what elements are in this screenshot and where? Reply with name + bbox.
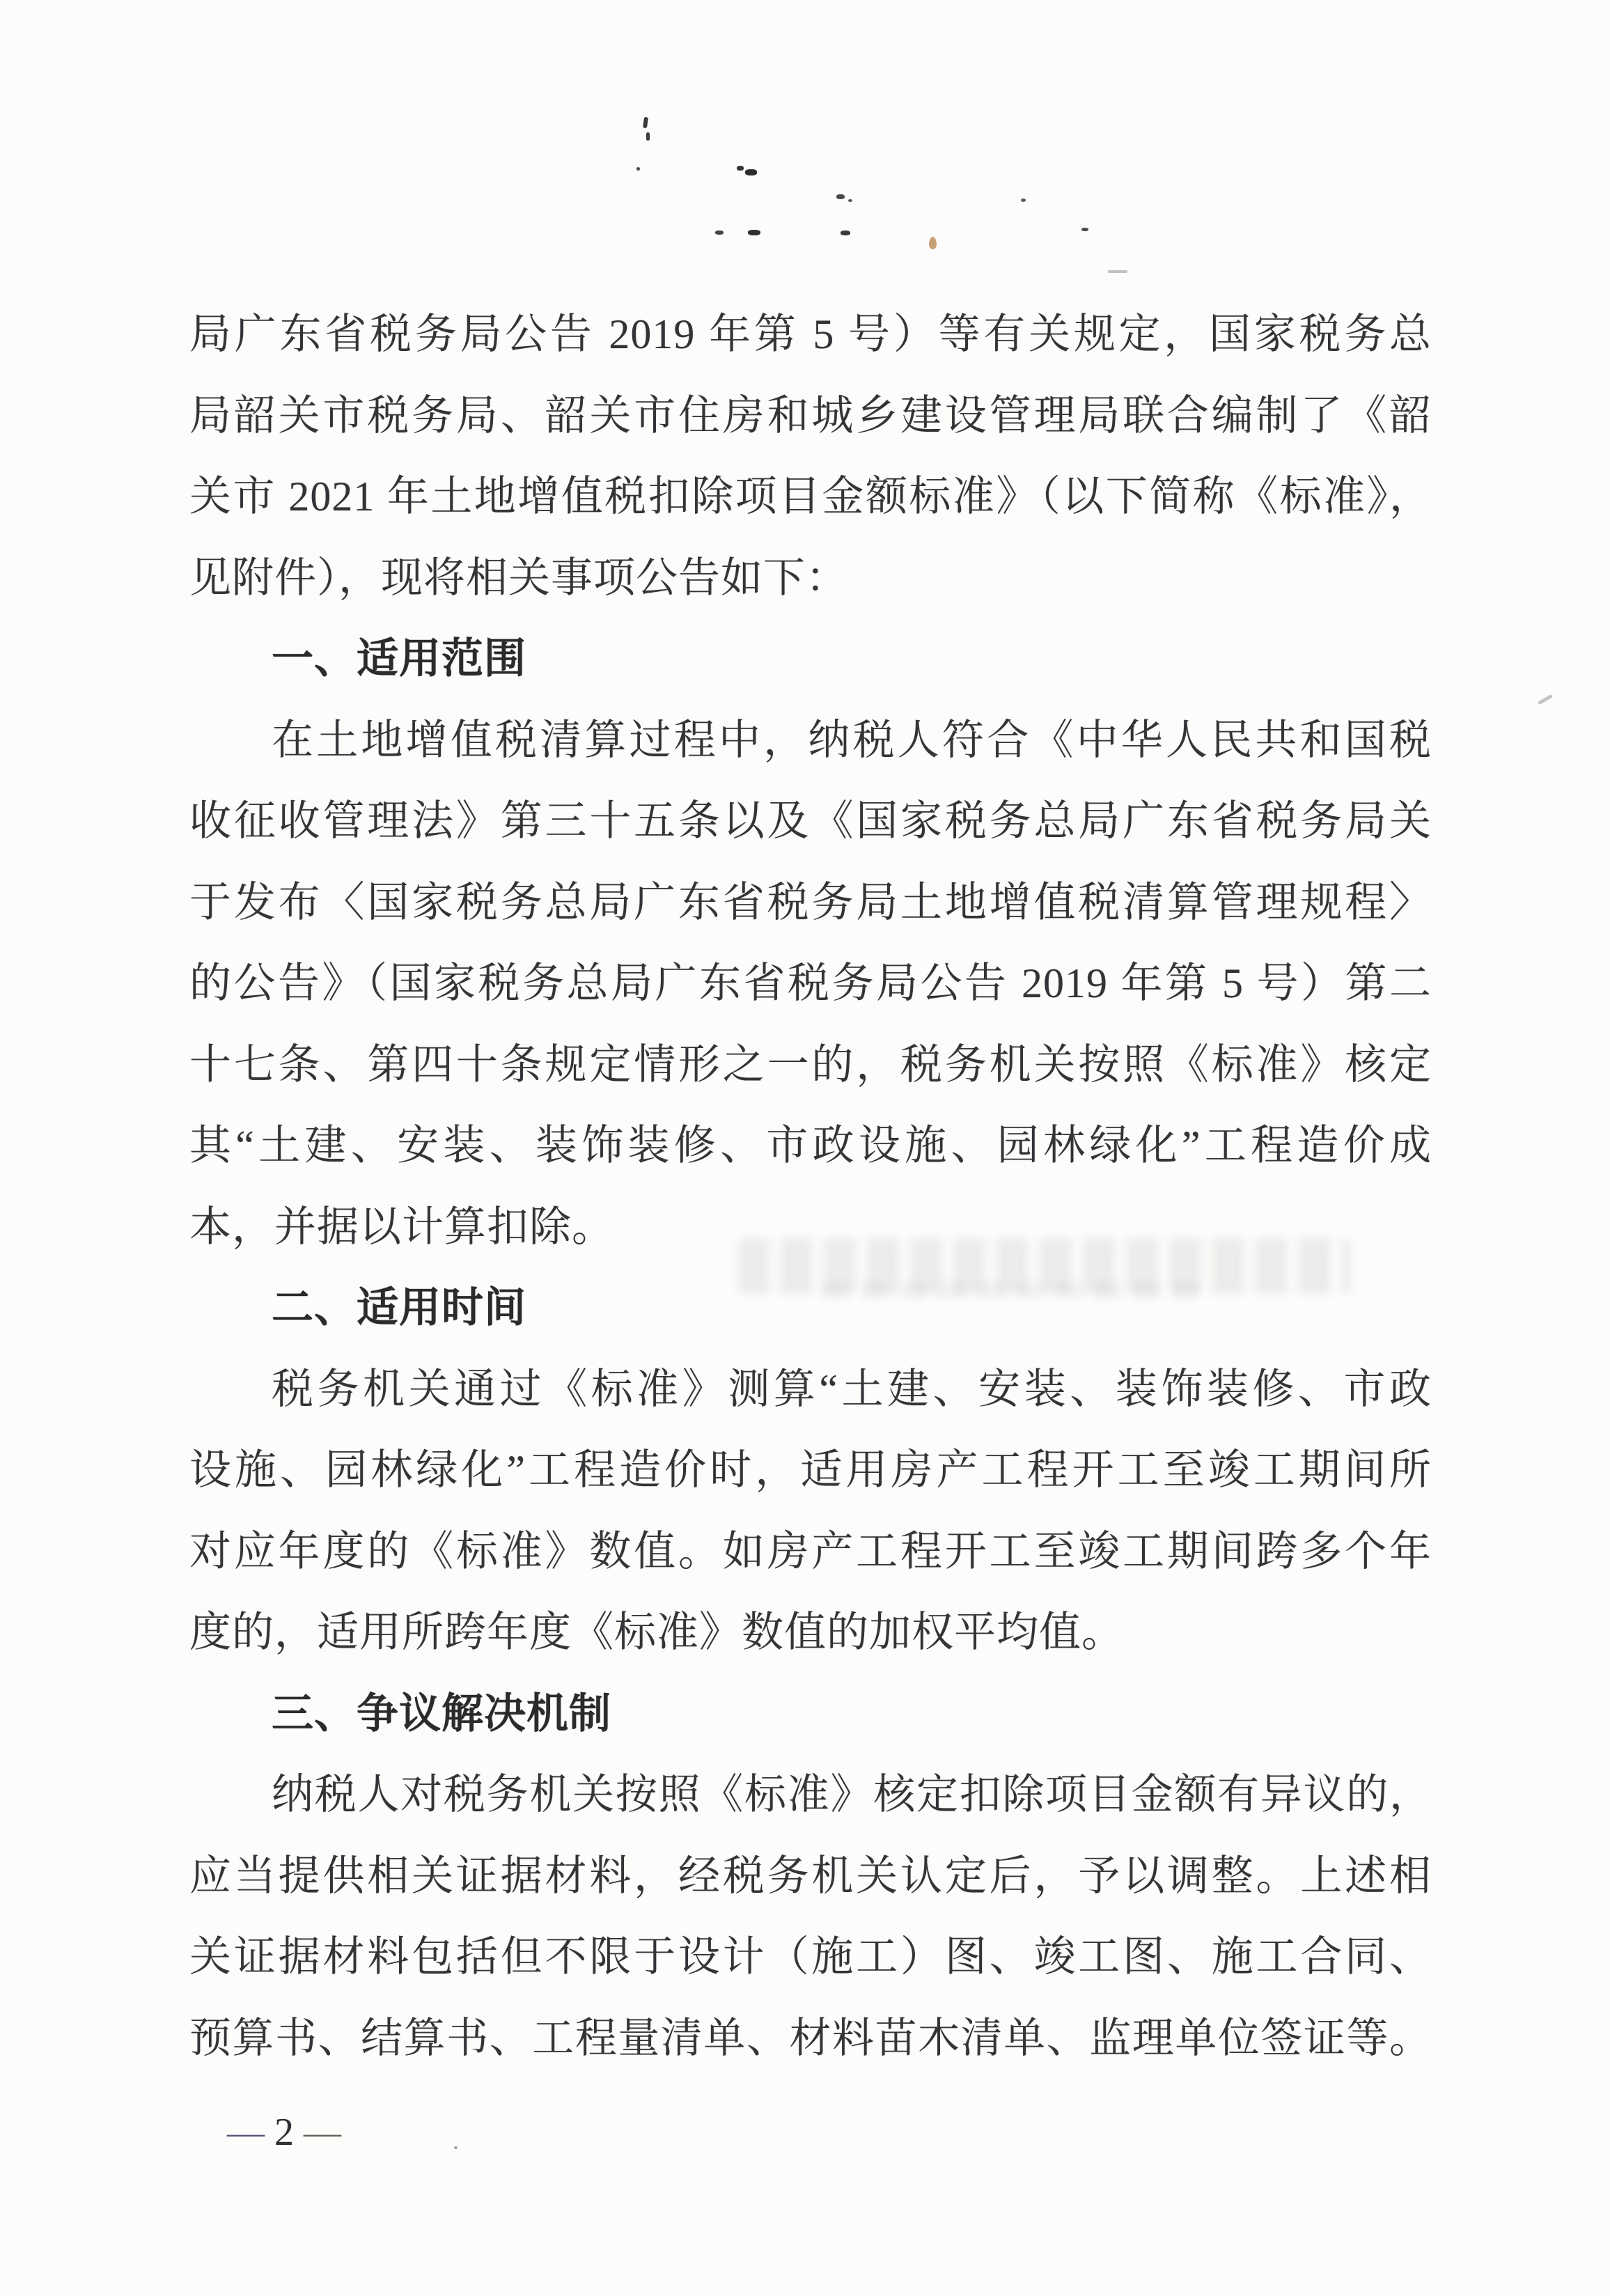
ink-stain bbox=[929, 237, 937, 249]
text-line: 设施、园林绿化”工程造价时，适用房产工程开工至竣工期间所 bbox=[189, 1430, 1432, 1511]
scan-speck bbox=[737, 166, 744, 171]
document-text: 局广东省税务局公告 2019 年第 5 号）等有关规定，国家税务总 局韶关市税务… bbox=[189, 294, 1432, 2079]
text-line: 局广东省税务局公告 2019 年第 5 号）等有关规定，国家税务总 bbox=[189, 294, 1432, 375]
page-number: 2 bbox=[274, 2104, 294, 2160]
text-line: 见附件），现将相关事项公告如下： bbox=[189, 538, 1432, 619]
text-line: 在土地增值税清算过程中，纳税人符合《中华人民共和国税 bbox=[189, 700, 1432, 781]
section-heading: 三、争议解决机制 bbox=[189, 1673, 1432, 1755]
scan-speck bbox=[1538, 694, 1553, 705]
text-line: 于发布〈国家税务总局广东省税务局土地增值税清算管理规程〉 bbox=[189, 862, 1432, 944]
text-line: 税务机关通过《标准》测算“土建、安装、装饰装修、市政 bbox=[189, 1349, 1432, 1430]
text-line: 的公告》（国家税务总局广东省税务局公告 2019 年第 5 号）第二 bbox=[189, 943, 1432, 1024]
text-line: 其“土建、安装、装饰装修、市政设施、园林绿化”工程造价成 bbox=[189, 1105, 1432, 1187]
scan-speck bbox=[1081, 228, 1088, 231]
scan-speck bbox=[848, 199, 852, 202]
scan-speck bbox=[1021, 198, 1026, 202]
text-line: 十七条、第四十条规定情形之一的，税务机关按照《标准》核定 bbox=[189, 1024, 1432, 1106]
scan-speck bbox=[643, 117, 648, 129]
text-line: 局韶关市税务局、韶关市住房和城乡建设管理局联合编制了《韶 bbox=[189, 375, 1432, 457]
scan-speck bbox=[636, 167, 640, 171]
footer-dash-left: — bbox=[227, 2107, 265, 2157]
scan-speck bbox=[748, 230, 760, 235]
text-line: 度的，适用所跨年度《标准》数值的加权平均值。 bbox=[189, 1592, 1432, 1673]
scan-speck bbox=[836, 194, 845, 199]
scan-speck bbox=[1108, 270, 1127, 273]
text-line: 本，并据以计算扣除。 bbox=[189, 1187, 1432, 1268]
footer-dash-right: — bbox=[304, 2107, 341, 2157]
text-line: 预算书、结算书、工程量清单、材料苗木清单、监理单位签证等。 bbox=[189, 1998, 1432, 2079]
text-line: 收征收管理法》第三十五条以及《国家税务总局广东省税务局关 bbox=[189, 781, 1432, 862]
page-footer: — 2 — bbox=[227, 2104, 341, 2160]
text-line: 关市 2021 年土地增值税扣除项目金额标准》（以下简称《标准》， bbox=[189, 456, 1432, 538]
section-heading: 一、适用范围 bbox=[189, 618, 1432, 700]
scanned-document-page: 局广东省税务局公告 2019 年第 5 号）等有关规定，国家税务总 局韶关市税务… bbox=[0, 0, 1610, 2296]
scan-speck bbox=[745, 169, 757, 175]
scan-speck bbox=[841, 231, 850, 235]
scan-speck bbox=[454, 2146, 458, 2149]
scan-speck bbox=[715, 231, 724, 235]
text-line: 对应年度的《标准》数值。如房产工程开工至竣工期间跨多个年 bbox=[189, 1511, 1432, 1593]
text-line: 关证据材料包括但不限于设计（施工）图、竣工图、施工合同、 bbox=[189, 1916, 1432, 1998]
section-heading: 二、适用时间 bbox=[189, 1267, 1432, 1349]
text-line: 应当提供相关证据材料，经税务机关认定后，予以调整。上述相 bbox=[189, 1836, 1432, 1917]
text-line: 纳税人对税务机关按照《标准》核定扣除项目金额有异议的， bbox=[189, 1754, 1432, 1836]
scan-speck bbox=[646, 132, 650, 141]
